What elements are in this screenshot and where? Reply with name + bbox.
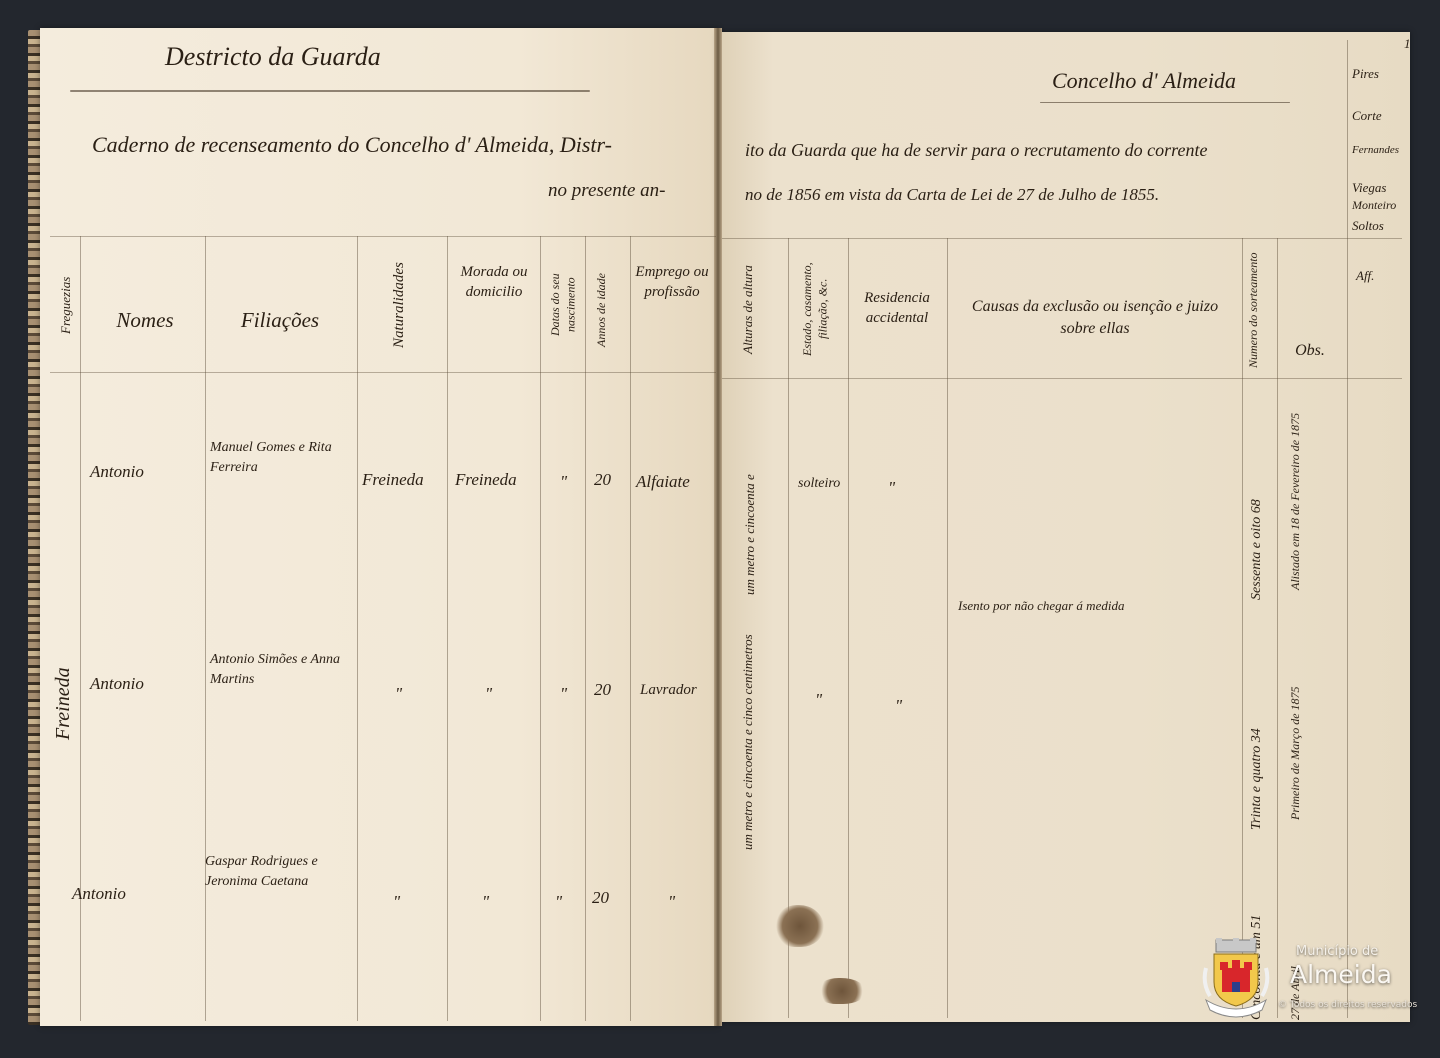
margin-note: Corte	[1352, 108, 1382, 124]
book-gutter	[714, 28, 722, 1026]
row-1-estado: solteiro	[798, 476, 840, 492]
row-3-idade: 20	[592, 888, 609, 908]
row-1-idade: 20	[594, 470, 611, 490]
col-rule	[1347, 40, 1348, 1018]
row-1-data: "	[560, 472, 567, 492]
left-page	[40, 28, 718, 1026]
margin-note: Viegas	[1352, 180, 1386, 196]
col-rule	[540, 236, 541, 1021]
row-2-estado: "	[815, 690, 822, 710]
ink-stain	[776, 905, 824, 947]
col-rule	[630, 236, 631, 1021]
col-header-numero-sorteamento: Numero do sorteamento	[1246, 250, 1262, 370]
row-1-emprego: Alfaiate	[636, 472, 690, 492]
row-2-naturalidade: "	[395, 684, 402, 704]
row-2-causas: Isento por não chegar á medida	[958, 598, 1124, 614]
col-header-emprego: Emprego ou profissão	[632, 262, 712, 303]
col-header-datas-nascimento: Datas do seu nascimento	[548, 250, 579, 360]
col-header-freguezias: Freguezias	[58, 250, 75, 360]
row-2-filiacao: Antonio Simões e Anna Martins	[210, 650, 355, 689]
watermark-line-1: Município de	[1296, 944, 1378, 959]
col-rule	[1277, 238, 1278, 1018]
col-rule	[357, 236, 358, 1021]
table-top-rule-right	[722, 238, 1402, 239]
row-2-numero: Trinta e quatro 34	[1248, 630, 1266, 830]
row-1-morada: Freineda	[455, 470, 517, 490]
header-bottom-rule-left	[50, 372, 716, 373]
almeida-crest-icon	[1200, 938, 1272, 1018]
left-heading-underline	[70, 90, 590, 92]
row-2-residencia: "	[895, 696, 902, 716]
row-2-emprego: Lavrador	[640, 682, 697, 699]
row-1-numero: Sessenta e oito 68	[1248, 400, 1266, 600]
col-header-altura: Alturas de altura	[740, 250, 757, 370]
col-header-naturalidades: Naturalidades	[390, 240, 410, 370]
margin-note: Fernandes	[1352, 144, 1399, 156]
col-rule	[788, 238, 789, 1018]
margin-note: Pires	[1352, 66, 1379, 82]
col-header-causas: Causas da exclusão ou isenção e juizo so…	[960, 296, 1230, 339]
table-top-rule-left	[50, 236, 716, 237]
col-header-obs: Obs.	[1285, 340, 1335, 362]
row-2-morada: "	[485, 684, 492, 704]
row-1-residencia: "	[888, 478, 895, 498]
row-2-idade: 20	[594, 680, 611, 700]
watermark-line-2: Almeida	[1290, 960, 1392, 989]
left-title-line-2: no presente an-	[548, 180, 666, 202]
header-bottom-rule-right	[722, 378, 1402, 379]
row-1-altura: um metro e cincoenta e	[742, 380, 759, 595]
col-rule	[848, 238, 849, 1018]
margin-note: Soltos	[1352, 218, 1384, 234]
freguezia-label: Freineda	[50, 590, 76, 740]
row-3-nome: Antonio	[72, 884, 126, 904]
right-heading: Concelho d' Almeida	[1052, 68, 1236, 94]
row-1-naturalidade: Freineda	[362, 470, 424, 490]
row-3-data: "	[555, 892, 562, 912]
col-rule	[447, 236, 448, 1021]
row-2-altura: um metro e cincoenta e cinco centimetros	[740, 600, 780, 850]
page-number: 1	[1404, 36, 1411, 52]
row-2-data: "	[560, 684, 567, 704]
col-rule	[1242, 238, 1243, 1018]
left-heading: Destricto da Guarda	[165, 42, 381, 72]
right-title-line-2: no de 1856 em vista da Carta de Lei de 2…	[745, 185, 1159, 205]
col-header-estado: Estado, casamento, filiação, &c.	[800, 244, 831, 374]
col-rule	[585, 236, 586, 1021]
row-3-emprego: "	[668, 892, 675, 912]
row-3-obs: 27 de Abril	[1288, 840, 1304, 1020]
right-heading-underline	[1040, 102, 1290, 103]
col-header-morada: Morada ou domicilio	[452, 262, 536, 303]
margin-note: Aff.	[1356, 268, 1374, 284]
row-1-filiacao: Manuel Gomes e Rita Ferreira	[210, 438, 355, 477]
col-header-nomes: Nomes	[95, 306, 195, 334]
col-rule	[947, 238, 948, 1018]
row-3-filiacao: Gaspar Rodrigues e Jeronima Caetana	[205, 852, 355, 891]
col-header-filiacoes: Filiações	[210, 306, 350, 334]
left-title-line-1: Caderno de recenseamento do Concelho d' …	[92, 132, 612, 158]
col-header-residencia: Residencia accidental	[852, 288, 942, 329]
ink-stain	[818, 978, 866, 1004]
row-3-naturalidade: "	[393, 892, 400, 912]
right-title-line-1: ito da Guarda que ha de servir para o re…	[745, 140, 1207, 161]
row-2-nome: Antonio	[90, 674, 144, 694]
watermark-copyright: © Todos os direitos reservados	[1278, 1000, 1417, 1010]
row-1-nome: Antonio	[90, 462, 144, 482]
col-header-annos-idade: Annos de idade	[594, 260, 610, 360]
col-rule	[205, 236, 206, 1021]
margin-note: Monteiro	[1352, 198, 1396, 213]
row-3-morada: "	[482, 892, 489, 912]
row-2-obs: Primeiro de Março de 1875	[1288, 620, 1324, 820]
row-1-obs: Alistado em 18 de Fevereiro de 1875	[1288, 390, 1324, 590]
